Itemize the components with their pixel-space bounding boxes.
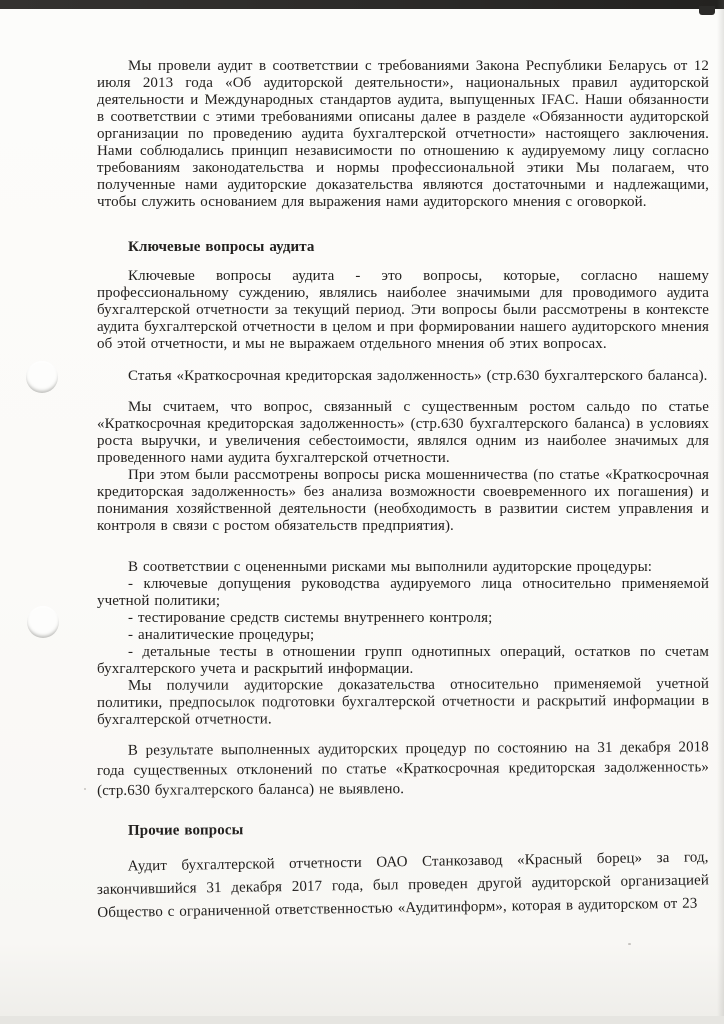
paragraph-fraud-risk: При этом были рассмотрены вопросы риска … [97, 467, 709, 535]
procedure-item-detail-tests: - детальные тесты в отношении групп одно… [97, 644, 709, 678]
procedure-item-controls-testing: - тестирование средств системы внутренне… [97, 610, 709, 627]
scanner-right-edge [717, 0, 724, 1024]
punch-hole [26, 361, 58, 393]
paragraph-procedures-intro: В соответствии с оцененными рисками мы в… [97, 559, 709, 576]
scan-speck [628, 943, 631, 945]
heading-other-matters: Прочие вопросы [97, 820, 709, 840]
scanner-top-edge-notch [699, 6, 715, 15]
procedure-item-analytical: - аналитические процедуры; [97, 627, 709, 644]
punch-hole [27, 606, 59, 638]
paragraph-we-consider: Мы считаем, что вопрос, связанный с суще… [97, 399, 709, 467]
scanner-bottom-edge [0, 1016, 724, 1024]
paragraph-other-matters: Аудит бухгалтерской отчетности ОАО Станк… [96, 846, 709, 925]
paragraph-article-payables: Статья «Краткосрочная кредиторская задол… [97, 368, 709, 385]
heading-key-audit-matters: Ключевые вопросы аудита [97, 239, 709, 256]
paragraph-result-no-deviations: В результате выполненных аудиторских про… [97, 737, 709, 801]
scan-speck [84, 788, 86, 790]
scanned-document-page: Мы провели аудит в соответствии с требов… [0, 0, 724, 1024]
procedure-item-key-assumptions: - ключевые допущения руководства аудируе… [97, 576, 709, 610]
paragraph-evidence-obtained: Мы получили аудиторские доказательства о… [97, 676, 709, 729]
scanner-top-edge [0, 0, 724, 9]
paragraph-key-matters-intro: Ключевые вопросы аудита - это вопросы, к… [97, 268, 709, 353]
document-text-block: Мы провели аудит в соответствии с требов… [97, 58, 709, 925]
paragraph-audit-basis: Мы провели аудит в соответствии с требов… [97, 58, 709, 211]
